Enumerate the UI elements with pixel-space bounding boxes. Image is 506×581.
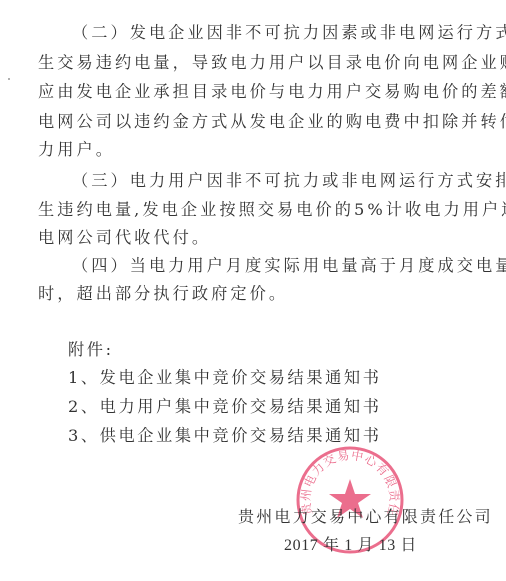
attachments-heading: 附件: [68,340,114,360]
attachment-item-1: 1、发电企业集中竞价交易结果通知书 [68,368,382,388]
p2-line-1: （二）发电企业因非不可抗力因素或非电网运行方式安排产 [72,23,506,43]
p4-line-2: 时，超出部分执行政府定价。 [38,284,288,304]
attachment-item-3: 3、供电企业集中竞价交易结果通知书 [68,426,382,446]
p3-line-3: 电网公司代收代付。 [38,228,211,248]
scan-speck [8,78,10,80]
document-page: （二）发电企业因非不可抗力因素或非电网运行方式安排产 生交易违约电量，导致电力用… [0,0,506,581]
attachment-item-2: 2、电力用户集中竞价交易结果通知书 [68,397,382,417]
p2-line-2: 生交易违约电量，导致电力用户以目录电价向电网企业购电时， [38,53,506,73]
p3-line-1: （三）电力用户因非不可抗力或非电网运行方式安排因素产 [72,171,506,191]
signature-date: 2017 年 1 月 13 日 [284,536,417,556]
signature-organization: 贵州电力交易中心有限责任公司 [238,507,493,527]
p3-line-2: 生违约电量,发电企业按照交易电价的5%计收电力用户违约金, [38,200,506,220]
p2-line-5: 力用户。 [38,140,115,160]
p2-line-4: 电网公司以违约金方式从发电企业的购电费中扣除并转付给电 [38,112,506,132]
p4-line-1: （四）当电力用户月度实际用电量高于月度成交电量的100% [72,256,506,276]
p2-line-3: 应由发电企业承担目录电价与电力用户交易购电价的差额部分， [38,82,506,102]
